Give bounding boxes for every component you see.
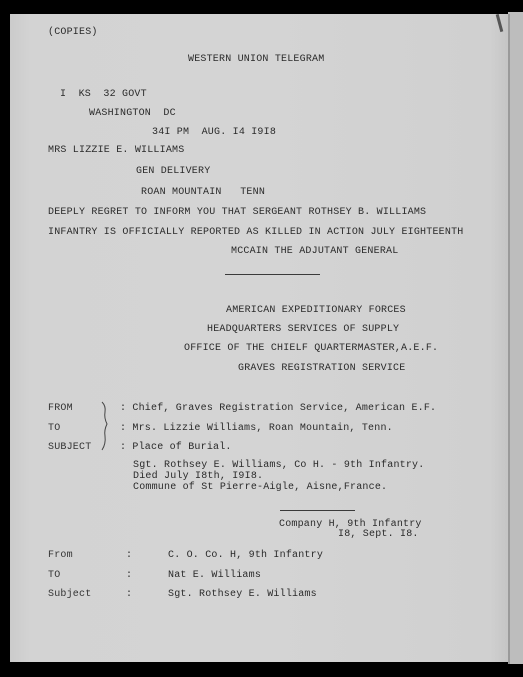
telegram-message-line-2: INFANTRY IS OFFICIALLY REPORTED AS KILLE…	[48, 227, 463, 238]
separator-rule-2	[280, 510, 355, 511]
aef-field-value-to: : Mrs. Lizzie Williams, Roan Mountain, T…	[120, 423, 393, 434]
copies-label: (COPIES)	[48, 27, 98, 38]
telegram-signature: MCCAIN THE ADJUTANT GENERAL	[231, 246, 398, 257]
telegram-recipient-address-1: GEN DELIVERY	[136, 166, 210, 177]
company-field-value-from: C. O. Co. H, 9th Infantry	[168, 550, 323, 561]
document-page	[10, 14, 510, 662]
page-edge	[508, 12, 523, 664]
company-field-label-from: From	[48, 550, 73, 561]
company-field-label-to: TO	[48, 570, 60, 581]
bracket-brace-icon	[100, 400, 110, 452]
company-field-value-subject: Sgt. Rothsey E. Williams	[168, 589, 317, 600]
company-field-colon-to: :	[126, 570, 132, 581]
telegram-recipient-name: MRS LIZZIE E. WILLIAMS	[48, 145, 184, 156]
telegram-recipient-address-2: ROAN MOUNTAIN TENN	[141, 187, 265, 198]
aef-field-value-from: : Chief, Graves Registration Service, Am…	[120, 403, 436, 414]
aef-field-value-subject: : Place of Burial.	[120, 442, 232, 453]
company-field-colon-from: :	[126, 550, 132, 561]
aef-heading-2: HEADQUARTERS SERVICES OF SUPPLY	[207, 324, 399, 335]
page-edge-line	[508, 14, 510, 664]
aef-field-label-from: FROM	[48, 403, 73, 414]
aef-heading-3: OFFICE OF THE CHIELF QUARTERMASTER,A.E.F…	[184, 343, 438, 354]
aef-body-line-2: Died July I8th, I9I8.	[133, 471, 263, 482]
aef-body-line-1: Sgt. Rothsey E. Williams, Co H. - 9th In…	[133, 460, 424, 471]
company-heading-2: I8, Sept. I8.	[338, 529, 419, 540]
aef-body-line-3: Commune of St Pierre-Aigle, Aisne,France…	[133, 482, 387, 493]
aef-heading-1: AMERICAN EXPEDITIONARY FORCES	[226, 305, 406, 316]
telegram-message-line-1: DEEPLY REGRET TO INFORM YOU THAT SERGEAN…	[48, 207, 426, 218]
telegram-code-line: I KS 32 GOVT	[60, 89, 147, 100]
company-field-label-subject: Subject	[48, 589, 91, 600]
aef-field-label-subject: SUBJECT	[48, 442, 91, 453]
separator-rule-1	[225, 274, 320, 275]
telegram-datetime: 34I PM AUG. I4 I9I8	[152, 127, 276, 138]
company-field-value-to: Nat E. Williams	[168, 570, 261, 581]
telegram-origin: WASHINGTON DC	[89, 108, 176, 119]
aef-heading-4: GRAVES REGISTRATION SERVICE	[238, 363, 405, 374]
telegram-title: WESTERN UNION TELEGRAM	[188, 54, 324, 65]
aef-field-label-to: TO	[48, 423, 60, 434]
company-field-colon-subject: :	[126, 589, 132, 600]
